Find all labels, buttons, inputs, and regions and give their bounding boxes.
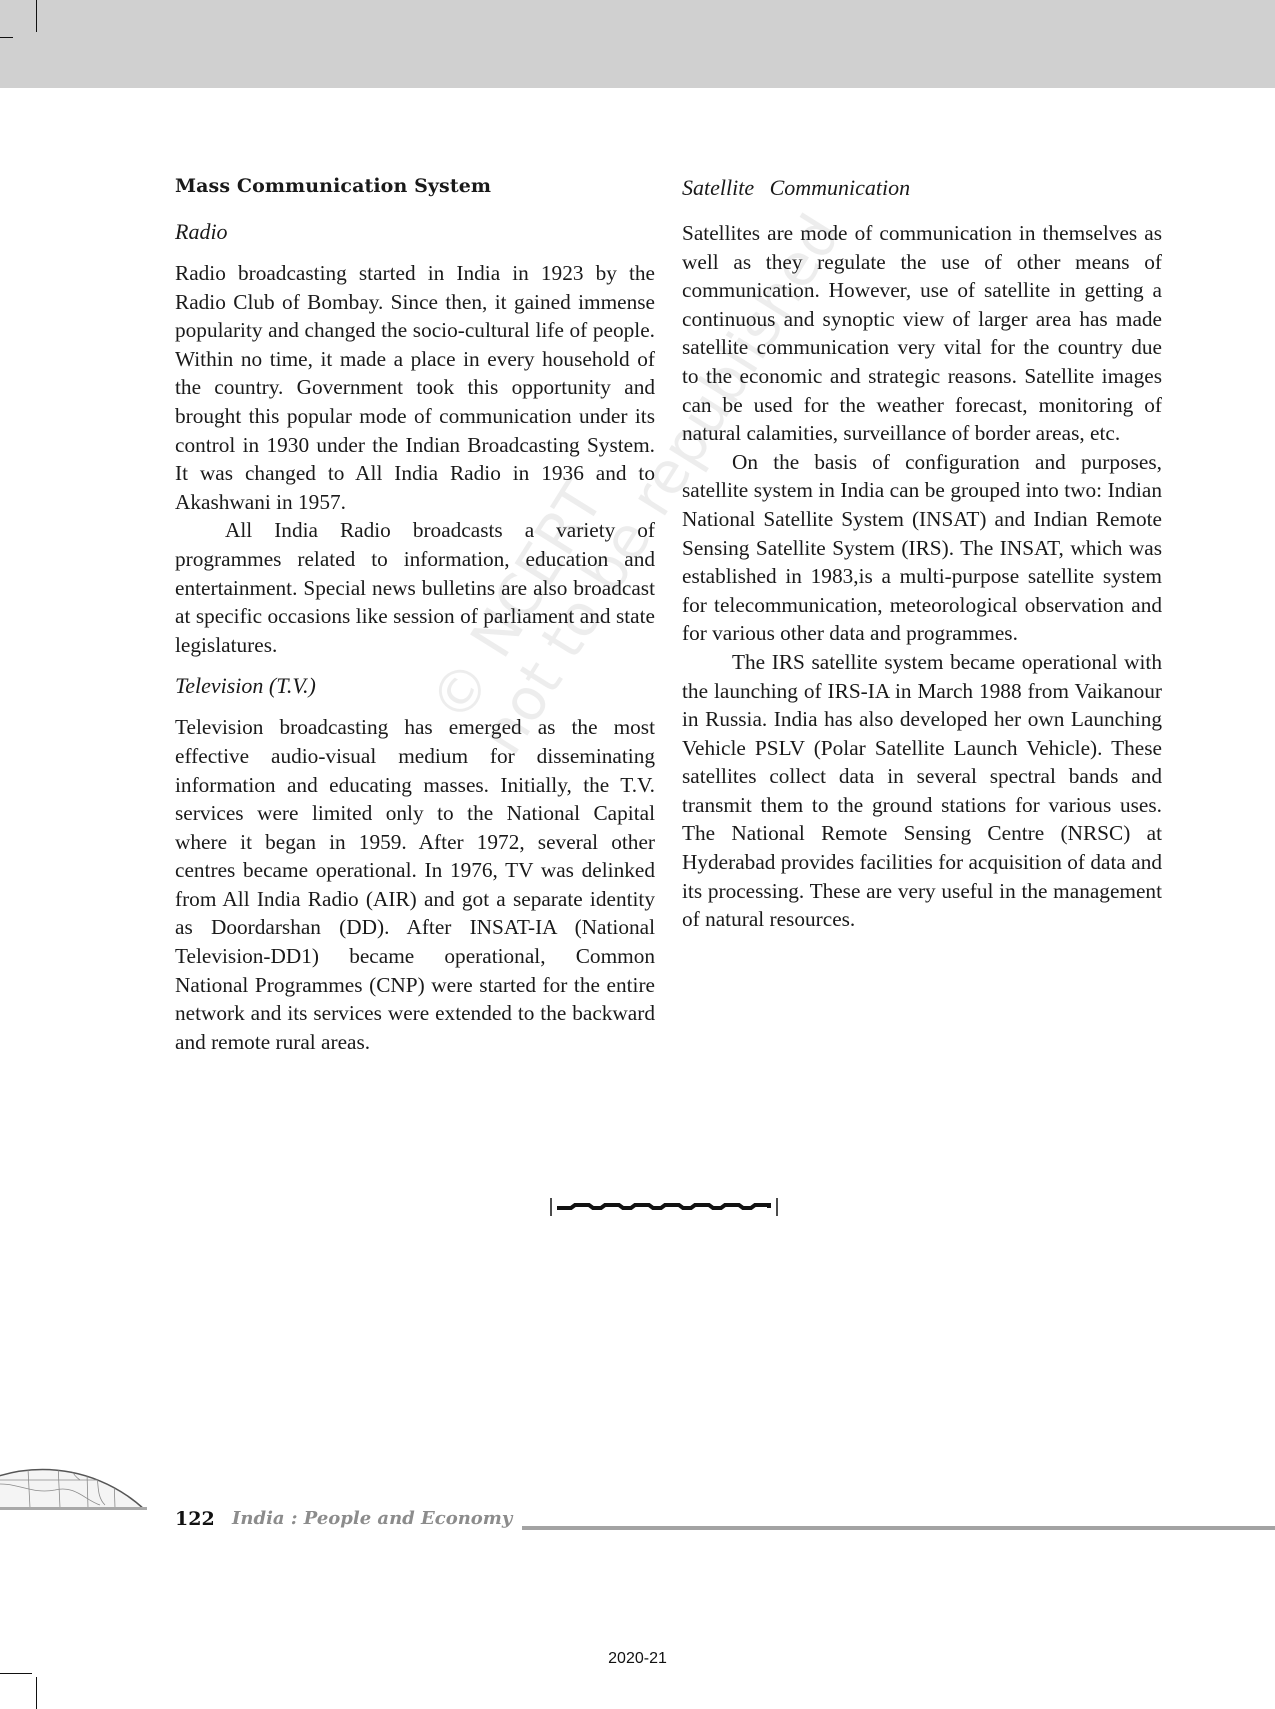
footer-rule: [522, 1526, 1275, 1530]
year-stamp: 2020-21: [0, 1650, 1275, 1668]
crop-mark-top-left-vertical: [36, 0, 37, 32]
satellite-paragraph-1: Satellites are mode of communication in …: [682, 219, 1162, 448]
page-number: 122: [175, 1508, 215, 1530]
hemisphere-map-icon: [0, 1380, 175, 1510]
radio-paragraph-1: Radio broadcasting started in India in 1…: [175, 259, 655, 516]
radio-paragraph-2: All India Radio broadcasts a variety of …: [175, 516, 655, 659]
right-column: Satellite Communication Satellites are m…: [682, 175, 1162, 934]
satellite-paragraph-3: The IRS satellite system became operatio…: [682, 648, 1162, 934]
television-heading: Television (T.V.): [175, 673, 655, 699]
crop-mark-bottom-left-horizontal: [0, 1673, 32, 1674]
left-column: Mass Communication System Radio Radio br…: [175, 175, 655, 1056]
crop-mark-top-left-horizontal: [0, 37, 13, 38]
satellite-heading: Satellite Communication: [682, 175, 1162, 201]
section-title: Mass Communication System: [175, 175, 655, 197]
television-paragraph-1: Television broadcasting has emerged as t…: [175, 713, 655, 1056]
satellite-paragraph-2: On the basis of configuration and purpos…: [682, 448, 1162, 648]
radio-heading: Radio: [175, 219, 655, 245]
book-title: India : People and Economy: [232, 1508, 512, 1529]
wavy-divider-icon: [549, 1196, 779, 1218]
top-scan-band: [0, 0, 1275, 88]
crop-mark-bottom-left-vertical: [36, 1677, 37, 1709]
